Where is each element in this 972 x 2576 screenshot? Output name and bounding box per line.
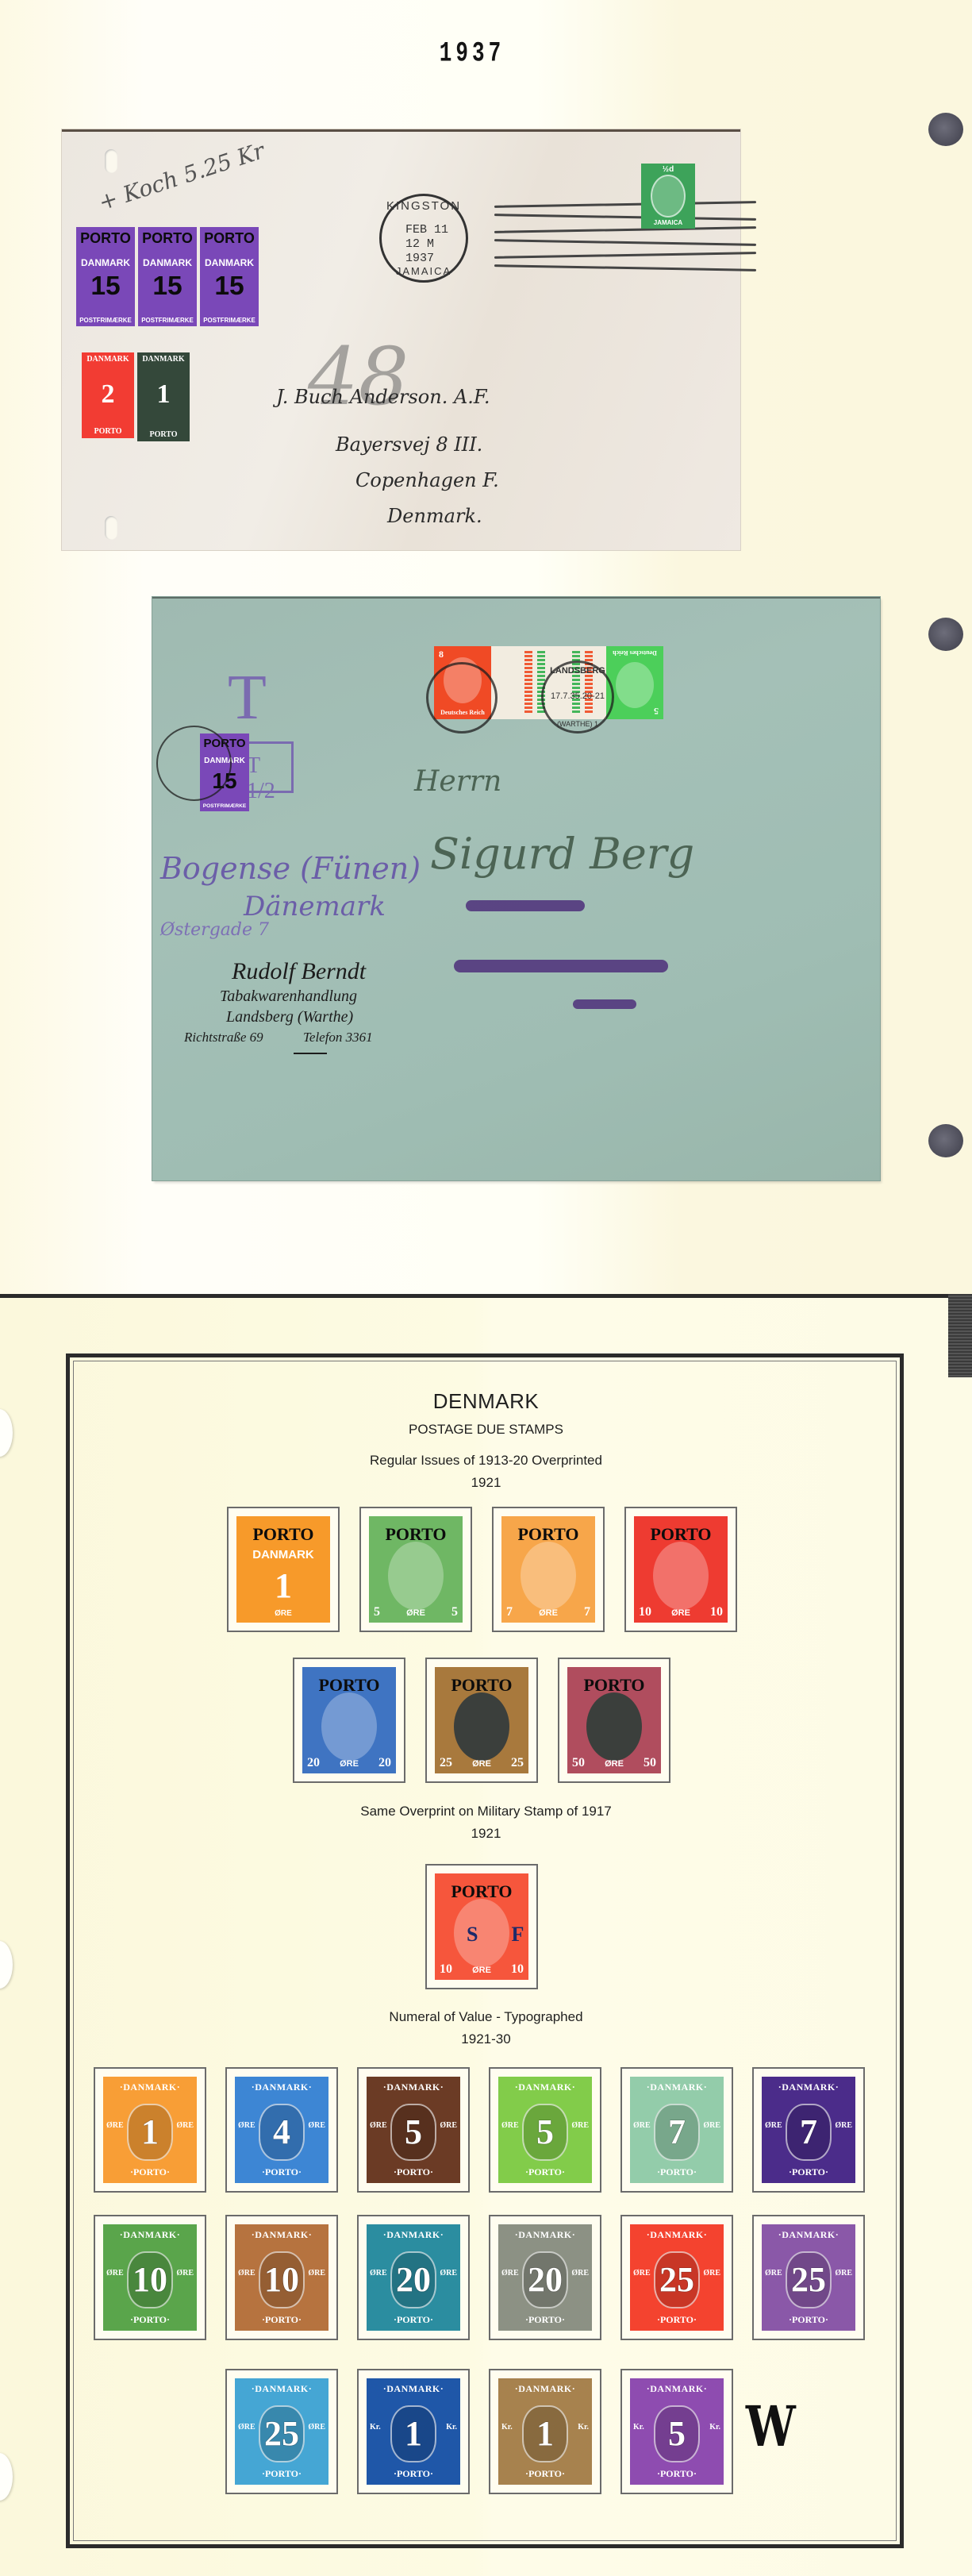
stamp-mount[interactable]: ·DANMARK· ØRE ØRE 1 ·PORTO· [94,2067,206,2193]
stamp-mount[interactable]: ·DANMARK· ØRE ØRE 20 ·PORTO· [357,2215,470,2340]
stamp-mount[interactable]: ·DANMARK· Kr. Kr. 1 ·PORTO· [357,2369,470,2494]
cover-jamaica-to-copenhagen[interactable]: + Koch 5.25 Kr PORTO DANMARK 15 POSTFRIM… [62,129,740,550]
cover-hole [105,149,117,173]
binder-hole [928,113,963,146]
stamp-mount[interactable]: ·DANMARK· Kr. Kr. 1 ·PORTO· [489,2369,601,2494]
stamp-mount[interactable]: ·DANMARK· ØRE ØRE 25 ·PORTO· [225,2369,338,2494]
stamp-mount[interactable]: 50 50 ØRE PORTO [558,1658,670,1783]
binder-hole [928,1124,963,1157]
section-title: Regular Issues of 1913-20 Overprinted [0,1453,972,1469]
stamp-mount[interactable]: ·DANMARK· ØRE ØRE 4 ·PORTO· [225,2067,338,2193]
section-year: 1921-30 [0,2031,972,2047]
stamp-mount[interactable]: ·DANMARK· ØRE ØRE 5 ·PORTO· [357,2067,470,2193]
stamp-mount[interactable]: ·DANMARK· ØRE ØRE 7 ·PORTO· [620,2067,733,2193]
pencil-note: + Koch 5.25 Kr [95,137,267,216]
section-year: 1921 [0,1475,972,1491]
stamp-mount[interactable]: ·DANMARK· ØRE ØRE 10 ·PORTO· [94,2215,206,2340]
landsberg-postmark: LANDSBERG 17.7.35.20-21 (WARTHE) 1 [541,660,614,734]
porto-strip: PORTO DANMARK 15 POSTFRIMÆRKE PORTO DANM… [76,227,267,333]
album-page-1937: 1937 + Koch 5.25 Kr PORTO DANMARK 15 POS… [0,0,972,1296]
stamp-mount[interactable]: ·DANMARK· ØRE ØRE 10 ·PORTO· [225,2215,338,2340]
danish-postmark [156,726,232,801]
cover-hole [105,516,117,540]
binder-hole [0,2453,13,2501]
section-title: Same Overprint on Military Stamp of 1917 [0,1804,972,1819]
binder-hole [928,618,963,651]
porto-15-stamp: PORTO DANMARK 15 POSTFRIMÆRKE [138,227,200,333]
stamp-mount[interactable]: 7 7 ØRE PORTO [492,1507,605,1632]
stamp-mount[interactable]: 25 25 ØRE PORTO [425,1658,538,1783]
stamp-mount[interactable]: 5 5 ØRE PORTO [359,1507,472,1632]
kingston-postmark: KINGSTON FEB 11 12 M 1937 JAMAICA [379,194,468,283]
landsberg-postmark [426,662,498,734]
recipient-name: Sigurd Berg [430,829,694,879]
stamp-mount[interactable]: ·DANMARK· Kr. Kr. 5 ·PORTO· [620,2369,733,2494]
stamp-mount[interactable]: 10 10 ØRE PORTO [624,1507,737,1632]
hindenburg-5-stamp-inverted: 5 Deutsches Reich [606,646,663,719]
destination-town: Bogense (Fünen) [160,851,421,886]
binder-hole [0,1941,13,1989]
stamp-mount[interactable]: DANMARK 1 ØRE PORTO [227,1507,340,1632]
recipient-title: Herrn [414,765,501,798]
destination-country: Dänemark [244,891,386,922]
section-year: 1921 [0,1826,972,1842]
ink-strikeout [466,900,585,911]
page-year-title: 1937 [428,37,516,70]
country-heading: DENMARK [0,1389,972,1414]
jamaica-halfpenny-stamp: ½d JAMAICA [641,164,695,229]
porto-15-stamp: PORTO DANMARK 15 POSTFRIMÆRKE [200,227,262,333]
stamp-mount[interactable]: ·DANMARK· ØRE ØRE 25 ·PORTO· [752,2215,865,2340]
porto-15-stamp: PORTO DANMARK 15 POSTFRIMÆRKE [76,227,138,333]
next-page-edge [948,1294,972,1377]
stamp-mount[interactable]: ·DANMARK· ØRE ØRE 7 ·PORTO· [752,2067,865,2193]
tax-mark-t: T [228,662,267,734]
porto-pair: DANMARK 2 PORTO DANMARK 1 PORTO [82,352,201,448]
ink-strikeout [454,960,668,972]
destination-street: Østergade 7 [160,920,269,940]
cover-landsberg-to-bogense[interactable]: 8 Deutsches Reich 5 Deutsches Reich LAND… [152,597,880,1180]
section-title: Numeral of Value - Typographed [0,2009,972,2025]
ink-strikeout [573,999,636,1009]
category-heading: POSTAGE DUE STAMPS [0,1422,972,1438]
porto-numeral-stamp: DANMARK 1 PORTO [137,352,190,441]
porto-numeral-stamp: DANMARK 2 PORTO [82,352,134,438]
stamp-mount[interactable]: 20 20 ØRE PORTO [293,1658,405,1783]
stamp-mount[interactable]: ·DANMARK· ØRE ØRE 25 ·PORTO· [620,2215,733,2340]
pencil-amount: 48 [308,330,409,423]
stamp-mount[interactable]: ·DANMARK· ØRE ØRE 5 ·PORTO· [489,2067,601,2193]
stamp-mount[interactable]: ·DANMARK· ØRE ØRE 20 ·PORTO· [489,2215,601,2340]
stamp-mount[interactable]: 10 10 ØRE PORTO SF [425,1864,538,1989]
pencil-mark: W [746,2393,796,2459]
